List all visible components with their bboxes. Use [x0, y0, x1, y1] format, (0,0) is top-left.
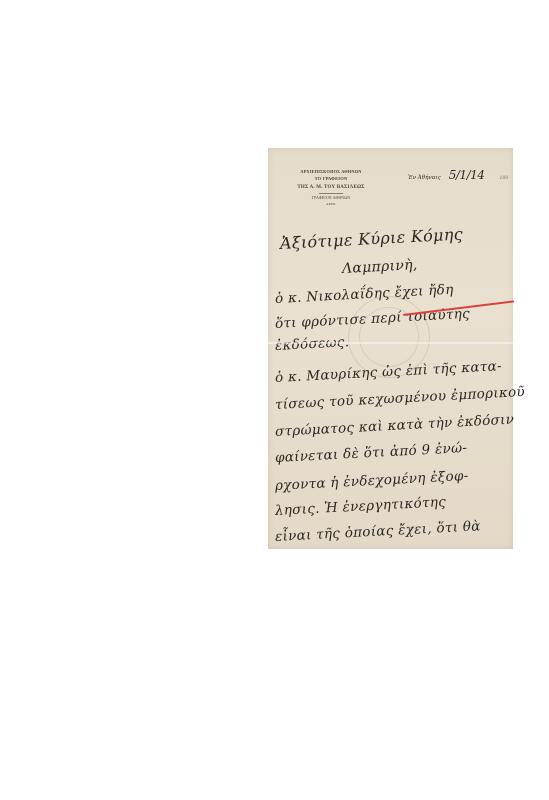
letter-paper: ΑΡΧΙΕΠΙΣΚΟΠΟΣ ΑΘΗΝΩΝ ΤΟ ΓΡΑΦΕΙΟΝ ΤΗΣ Α. … — [268, 148, 513, 549]
letterhead-line-2: ΤΟ ΓΡΑΦΕΙΟΝ — [276, 177, 386, 182]
letterhead-rule — [319, 193, 343, 194]
body-line: φαίνεται δὲ ὅτι ἀπό 9 ἐνώ- — [275, 440, 468, 466]
body-line: τίσεως τοῦ κεχωσμένου ἐμπορικοῦ — [275, 384, 526, 413]
letterhead-line-3: ΤΗΣ Α. Μ. ΤΟΥ ΒΑΣΙΛΕΩΣ — [276, 185, 386, 190]
date-value: 5/1/14 — [449, 168, 485, 182]
letterhead: ΑΡΧΙΕΠΙΣΚΟΠΟΣ ΑΘΗΝΩΝ ΤΟ ΓΡΑΦΕΙΟΝ ΤΗΣ Α. … — [276, 170, 386, 206]
letterhead-line-4: ΓΡΑΦΕΙΟΝ ΑΘΗΝΩΝ — [276, 197, 386, 201]
letterhead-line-5: ΑΡΙΘ. — [276, 203, 386, 207]
date-year: 189 — [499, 176, 508, 181]
body-line: στρώματος καὶ κατὰ τὴν ἐκδόσιν — [275, 411, 515, 440]
dateline: Ἐν Ἀθήναις 5/1/14 189 — [408, 164, 508, 183]
salutation-line-1: Ἀξιότιμε Κύριε Κόμης — [280, 224, 464, 253]
body-line: ρχοντα ἡ ἐνδεχομένη ἐξοφ- — [275, 468, 469, 494]
letterhead-line-1: ΑΡΧΙΕΠΙΣΚΟΠΟΣ ΑΘΗΝΩΝ — [276, 170, 386, 174]
salutation-line-2: Λαμπρινὴ, — [342, 257, 418, 277]
body-line: ἐκδόσεως. — [275, 334, 350, 354]
body-line: εἶναι τῆς ὁποίας ἔχει, ὅτι θὰ — [275, 518, 481, 545]
date-place: Ἐν Ἀθήναις — [408, 175, 441, 181]
body-line: λησις. Ἡ ἐνεργητικότης — [275, 494, 447, 519]
